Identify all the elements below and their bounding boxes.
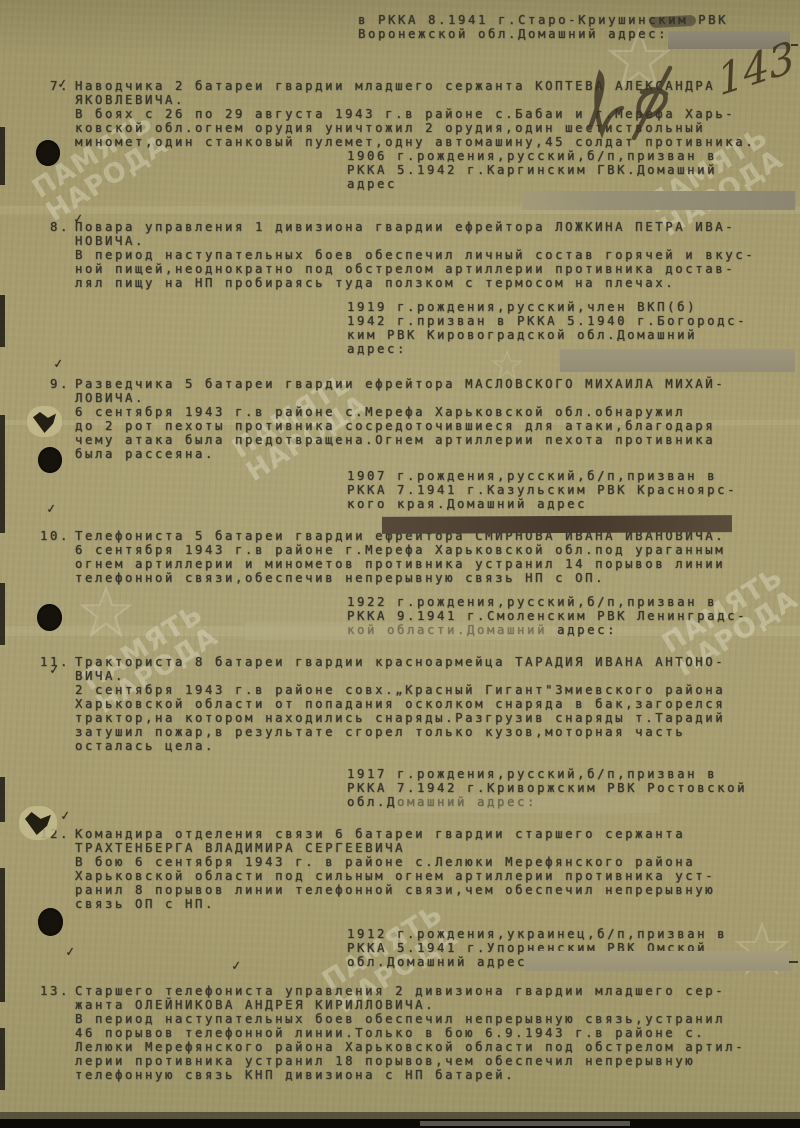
entry-body: В бою 6 сентября 1943 г. в районе с.Лелю… [75,855,770,911]
punch-hole [38,447,62,473]
scan-edge [0,777,5,822]
check-mark: ✓ [46,501,56,518]
scan-edge [0,415,5,533]
entry-stats: 1919 г.рождения,русский,член ВКП(б) 1942… [347,300,770,356]
check-mark: ✓ [60,808,70,825]
entry-stats: 1906 г.рождения,русский,б/п,призван в РК… [347,149,770,191]
entry-heading: Повара управления 1 дивизиона гвардии еф… [75,220,770,248]
punch-hole [38,908,63,936]
entry-number: 8. [28,220,70,234]
entry-number: 10. [28,529,70,543]
entry-stats: 1907 г.рождения,русский,б/п,призван в РК… [347,469,770,511]
handwritten-scribble [560,60,700,150]
check-mark: ✓ [53,356,63,373]
entry-body: 6 сентября 1943 г.в районе г.Мерефа Харь… [75,543,770,585]
scan-edge [0,868,5,1002]
redaction-bar-dark [382,515,732,534]
scan-bottom-edge [0,1119,800,1128]
entry-body: В период наступательных боев обеспечил н… [75,1012,770,1082]
pen-dash [789,961,798,963]
entry-heading: Разведчика 5 батареи гвардии ефрейтора М… [75,377,770,405]
scan-bottom-edge-light [420,1121,630,1126]
entry-number: 13. [28,984,70,998]
punch-hole [36,140,60,166]
scan-edge [0,583,5,645]
entry-body: 2 сентября 1943 г.в районе совх.„Красный… [75,683,770,753]
entry-body: В период наступательных боев обеспечил л… [75,248,770,290]
redaction-bar [245,622,545,640]
redaction-bar [395,795,660,813]
redaction-bar [560,349,795,372]
redaction-bar [522,191,795,210]
entry-heading: Тракториста 8 батареи гвардии красноарме… [75,655,770,683]
scan-edge [0,1028,5,1090]
entry-heading: Старшего телефониста управления 2 дивизи… [75,984,770,1012]
scanned-document-page: ПАМЯТЬ НАРОДА ПАМЯТЬ НАРОДА ПАМЯТЬ НАРОД… [0,0,800,1128]
check-mark: ✓ [49,662,59,679]
entry-number: 9. [28,377,70,391]
check-mark: ✓ [57,76,67,93]
punch-hole [37,604,62,631]
scan-edge [0,127,5,185]
redaction-bar [524,951,792,971]
check-mark: ✓ [73,211,83,228]
entry-body: 6 сентября 1943 г.в районе с.Мерефа Харь… [75,405,770,461]
check-mark: ✓ [231,958,241,975]
check-mark: ✓ [65,944,75,961]
scan-edge [0,295,5,347]
entry-heading: Командира отделения связи 6 батареи гвар… [75,827,770,855]
